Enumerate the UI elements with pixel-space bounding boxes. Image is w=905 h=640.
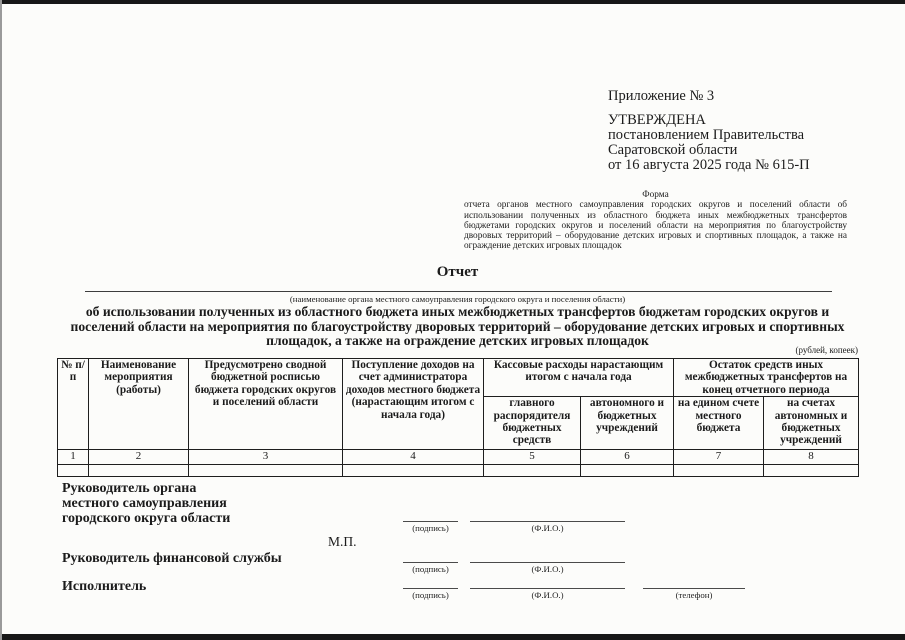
column-number: 3: [189, 450, 343, 465]
column-number: 2: [89, 450, 189, 465]
report-title: Отчет: [57, 264, 858, 281]
signature-line-sign-1: [403, 521, 458, 522]
signature-line-phone-3: [643, 588, 745, 589]
approved-by-lines: постановлением Правительства Саратовской…: [608, 128, 878, 173]
empty-cell: [58, 465, 89, 477]
signature-line-name-3: [470, 588, 625, 589]
empty-cell: [484, 465, 581, 477]
col-header-remainder-institution-accounts: на счетах автономных и бюджетных учрежде…: [764, 397, 859, 450]
empty-cell: [581, 465, 674, 477]
table-empty-data-row: [58, 465, 859, 477]
signature-label-executor: Исполнитель: [62, 579, 146, 594]
col-group-remainder: Остаток средств иных межбюджетных трансф…: [674, 359, 859, 397]
empty-cell: [343, 465, 484, 477]
report-table: № п/п Наименование мероприятия (работы) …: [57, 358, 859, 477]
signature-label-head-of-local-government: Руководитель органа местного самоуправле…: [62, 481, 230, 526]
signature-line-name-1: [470, 521, 625, 522]
signature-caption-sign-3: (подпись): [393, 590, 468, 600]
signature-line-sign-2: [403, 562, 458, 563]
signature-caption-name-1: (Ф.И.О.): [470, 523, 625, 533]
form-description: отчета органов местного самоуправления г…: [464, 200, 847, 251]
empty-cell: [674, 465, 764, 477]
signature-caption-name-2: (Ф.И.О.): [470, 564, 625, 574]
col-header-remainder-single-account: на едином счете местного бюджета: [674, 397, 764, 450]
col-header-income: Поступление доходов на счет администрато…: [343, 359, 484, 450]
column-number-row: 1 2 3 4 5 6 7 8: [58, 450, 859, 465]
column-number: 1: [58, 450, 89, 465]
col-header-event: Наименование мероприятия (работы): [89, 359, 189, 450]
scan-edge-bottom: [0, 634, 905, 640]
stamp-place-label: М.П.: [328, 534, 357, 550]
units-note: (рублей, копеек): [558, 345, 858, 355]
col-header-cash-grbs: главного распорядителя бюджетных средств: [484, 397, 581, 450]
column-number: 6: [581, 450, 674, 465]
signature-label-head-of-finance: Руководитель финансовой службы: [62, 551, 282, 566]
scan-edge-left: [0, 0, 2, 640]
signature-caption-phone-3: (телефон): [643, 590, 745, 600]
form-note-block: Форма отчета органов местного самоуправл…: [464, 190, 847, 252]
scan-edge-top: [0, 0, 905, 4]
signature-caption-name-3: (Ф.И.О.): [470, 590, 625, 600]
column-number: 4: [343, 450, 484, 465]
signature-line-name-2: [470, 562, 625, 563]
col-header-planned: Предусмотрено сводной бюджетной росписью…: [189, 359, 343, 450]
scanned-document-page: Приложение № 3 УТВЕРЖДЕНА постановлением…: [0, 0, 905, 640]
table-header-row-groups: № п/п Наименование мероприятия (работы) …: [58, 359, 859, 397]
signature-line-sign-3: [403, 588, 458, 589]
approved-word: УТВЕРЖДЕНА: [608, 113, 878, 128]
report-subtitle: об использовании полученных из областног…: [57, 305, 858, 349]
org-name-caption: (наименование органа местного самоуправл…: [57, 294, 858, 304]
form-label: Форма: [464, 190, 847, 200]
empty-cell: [189, 465, 343, 477]
appendix-number: Приложение № 3: [608, 89, 878, 104]
column-number: 7: [674, 450, 764, 465]
signature-caption-sign-1: (подпись): [393, 523, 468, 533]
column-number: 5: [484, 450, 581, 465]
col-group-cash-expenses: Кассовые расходы нарастающим итогом с на…: [484, 359, 674, 397]
signature-caption-sign-2: (подпись): [393, 564, 468, 574]
empty-cell: [764, 465, 859, 477]
org-name-blank-line: [85, 291, 832, 292]
approval-block: Приложение № 3 УТВЕРЖДЕНА постановлением…: [608, 89, 878, 173]
column-number: 8: [764, 450, 859, 465]
col-header-num: № п/п: [58, 359, 89, 450]
empty-cell: [89, 465, 189, 477]
col-header-cash-institutions: автономного и бюджетных учреждений: [581, 397, 674, 450]
